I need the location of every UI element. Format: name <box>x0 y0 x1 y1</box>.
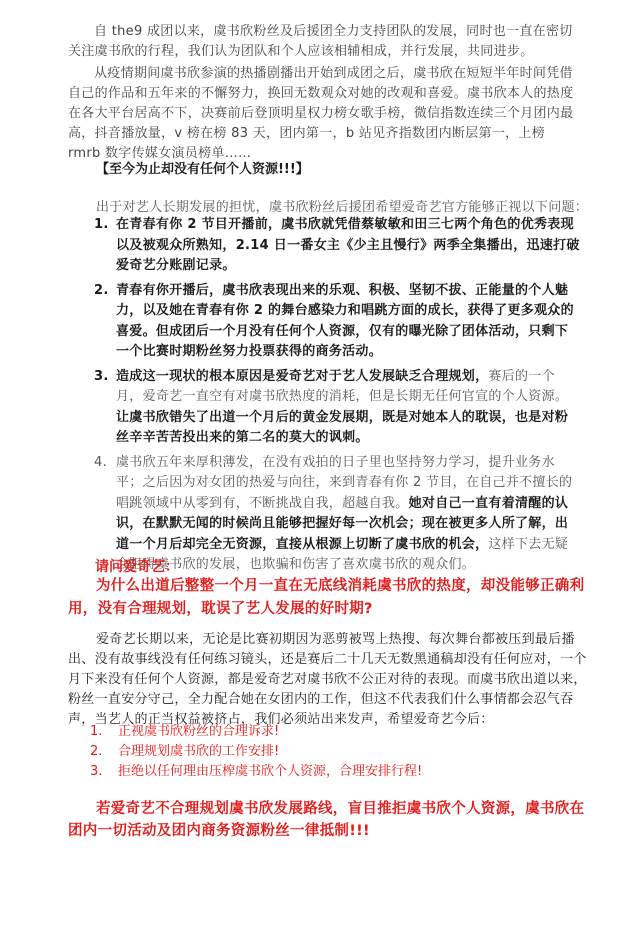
demands-list: 1.正视虞书欣粉丝的合理诉求! 2.合理规划虞书欣的工作安排! 3.拒绝以任何理… <box>90 722 422 782</box>
issue-item: 2. 青春有你开播后，虞书欣表现出来的乐观、积极、坚韧不拔、正能量的个人魅力，以… <box>86 281 580 363</box>
paragraph-text: 从疫情期间虞书欣参演的热播剧播出开始到成团之后，虞书欣在短短半年时间凭借自己的作… <box>68 66 573 161</box>
paragraph-intro-the9: 自 the9 成团以来，虞书欣粉丝及后援团全力支持团队的发展，同时也一直在密切关… <box>68 22 578 62</box>
issue-number: 4. <box>94 453 107 474</box>
closing-text: 爱奇艺长期以来，无论是比赛初期因为恶剪被骂上热搜、每次舞台都被压到最后播出、没有… <box>68 632 587 727</box>
demand-text: 合理规划虞书欣的工作安排! <box>118 744 279 759</box>
issue-number: 2. <box>94 281 109 302</box>
closing-paragraph: 爱奇艺长期以来，无论是比赛初期因为恶剪被骂上热搜、每次舞台都被压到最后播出、没有… <box>68 630 588 730</box>
issue-text-bold: 青春有你开播后，虞书欣表现出来的乐观、积极、坚韧不拔、正能量的个人魅力，以及她在… <box>116 283 574 360</box>
demand-text: 拒绝以任何理由压榨虞书欣个人资源，合理安排行程! <box>118 764 422 779</box>
issues-intro: 出于对艺人长期发展的担忧，虞书欣粉丝后援团希望爱奇艺官方能够正视以下问题： <box>96 196 588 215</box>
question-body: 为什么出道后整整一个月一直在无底线消耗虞书欣的热度，却没能够正确利用，没有合理规… <box>68 575 588 621</box>
issue-item: 3. 造成这一现状的根本原因是爱奇艺对于艺人发展缺乏合理规划，赛后的一个月，爱奇… <box>86 367 580 449</box>
issue-text-bold: 造成这一现状的根本原因是爱奇艺对于艺人发展缺乏合理规划， <box>116 369 488 384</box>
demand-item: 1.正视虞书欣粉丝的合理诉求! <box>90 722 422 742</box>
document-page: 自 the9 成团以来，虞书欣粉丝及后援团全力支持团队的发展，同时也一直在密切关… <box>0 0 640 944</box>
paragraph-popularity: 从疫情期间虞书欣参演的热播剧播出开始到成团之后，虞书欣在短短半年时间凭借自己的作… <box>68 64 578 164</box>
issue-item: 1. 在青春有你 2 节目开播前，虞书欣就凭借蔡敏敏和田三七两个角色的优秀表现以… <box>86 215 580 277</box>
demand-text: 正视虞书欣粉丝的合理诉求! <box>118 724 279 739</box>
demand-number: 1. <box>90 722 118 742</box>
issue-number: 1. <box>94 215 109 236</box>
final-text: 若爱奇艺不合理规划虞书欣发展路线，盲目推拒虞书欣个人资源，虞书欣在团内一切活动及… <box>68 801 584 839</box>
issue-number: 3. <box>94 367 109 388</box>
section-heading: 【至今为止却没有任何个人资源!!!】 <box>96 158 309 177</box>
issue-text-bold: 让虞书欣错失了出道一个月后的黄金发展期，既是对她本人的耽误，也是对粉丝辛辛苦苦投… <box>116 410 568 446</box>
paragraph-text: 自 the9 成团以来，虞书欣粉丝及后援团全力支持团队的发展，同时也一直在密切关… <box>68 24 573 59</box>
demand-item: 3.拒绝以任何理由压榨虞书欣个人资源，合理安排行程! <box>90 762 422 782</box>
question-title: 请问爱奇艺： <box>95 556 179 576</box>
issues-list: 1. 在青春有你 2 节目开播前，虞书欣就凭借蔡敏敏和田三七两个角色的优秀表现以… <box>86 215 580 580</box>
issue-text-bold: 在青春有你 2 节目开播前，虞书欣就凭借蔡敏敏和田三七两个角色的优秀表现以及被观… <box>116 217 580 273</box>
final-statement: 若爱奇艺不合理规划虞书欣发展路线，盲目推拒虞书欣个人资源，虞书欣在团内一切活动及… <box>68 798 588 842</box>
question-text: 为什么出道后整整一个月一直在无底线消耗虞书欣的热度，却没能够正确利用，没有合理规… <box>68 578 584 617</box>
demand-number: 2. <box>90 742 118 762</box>
demand-number: 3. <box>90 762 118 782</box>
demand-item: 2.合理规划虞书欣的工作安排! <box>90 742 422 762</box>
